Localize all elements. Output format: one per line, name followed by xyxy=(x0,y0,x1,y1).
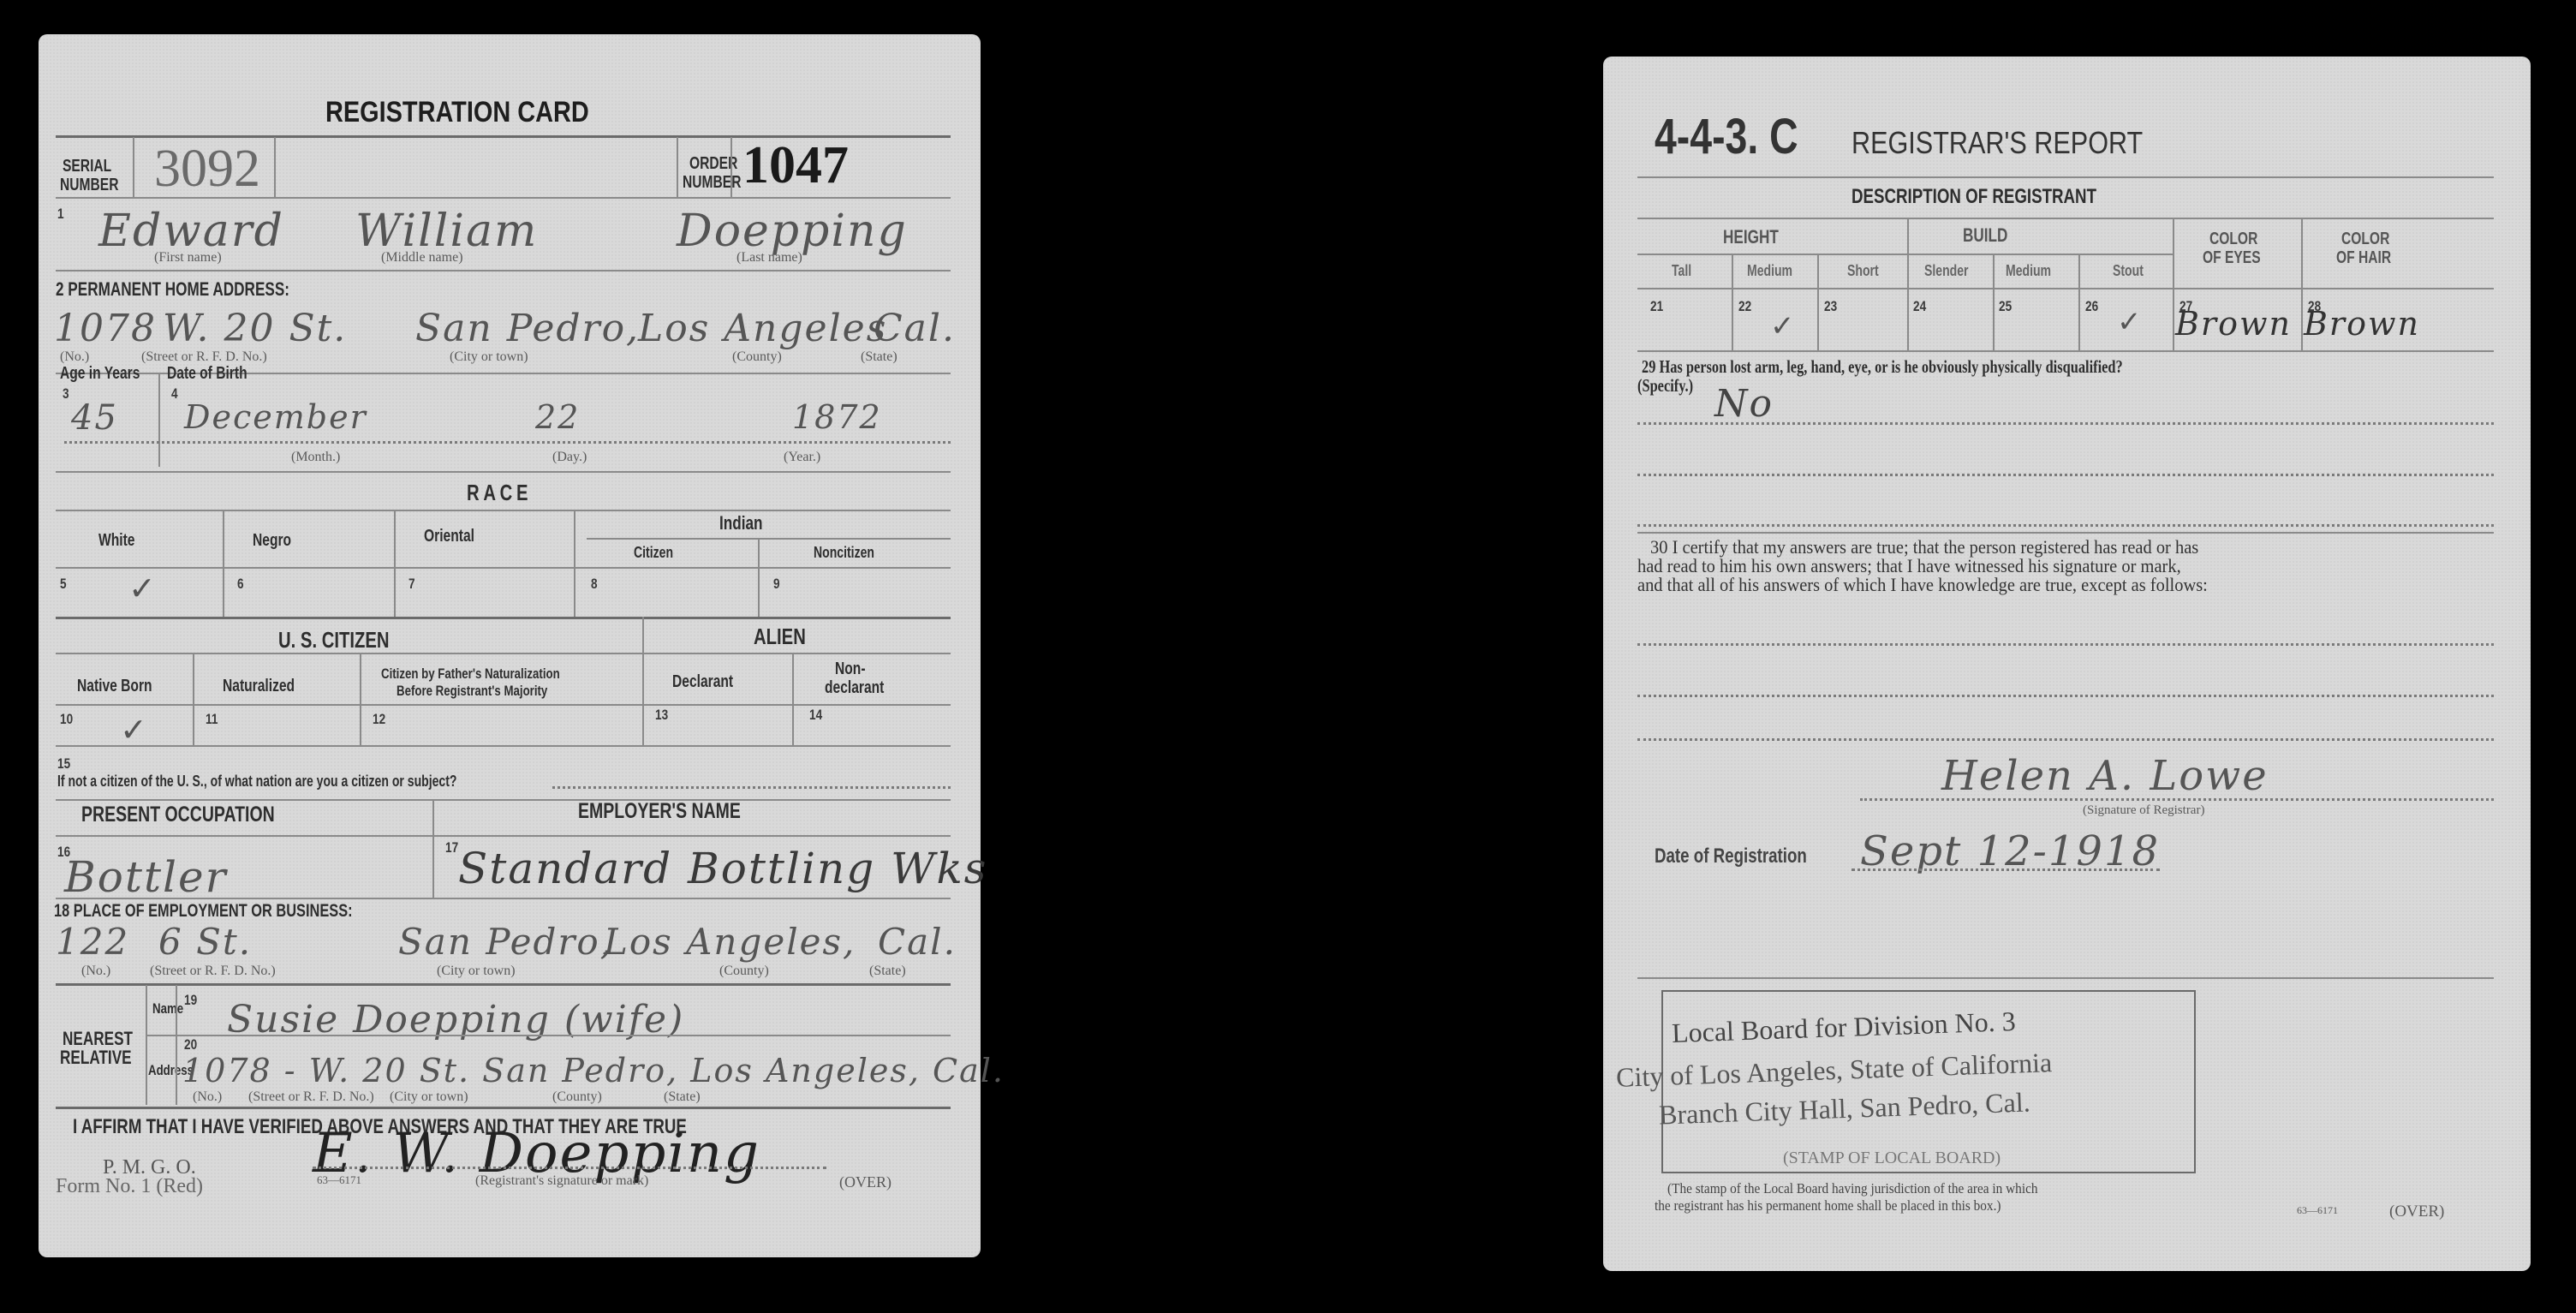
order-number: 1047 xyxy=(742,135,849,196)
divider xyxy=(146,985,147,1105)
divider xyxy=(587,538,951,540)
registration-card-front: REGISTRATION CARD SERIAL NUMBER 3092 ORD… xyxy=(39,34,981,1257)
field-number: 17 xyxy=(445,839,458,856)
divider xyxy=(792,653,794,745)
first-name: Edward xyxy=(98,206,284,257)
checkmark-icon: ✓ xyxy=(1770,309,1797,343)
employment-state: Cal. xyxy=(878,921,957,963)
divider xyxy=(677,137,678,197)
divider xyxy=(56,471,951,473)
divider xyxy=(1637,350,2494,352)
specify-label: (Specify.) xyxy=(1637,375,1693,397)
form-number: Form No. 1 (Red) xyxy=(56,1175,203,1198)
divider xyxy=(2078,254,2080,350)
dotted-line xyxy=(1637,695,2494,697)
field-number: 9 xyxy=(773,576,780,593)
divider xyxy=(56,1107,951,1109)
divider xyxy=(56,704,951,706)
field-number: 25 xyxy=(1999,298,2012,315)
description-heading: DESCRIPTION OF REGISTRANT xyxy=(1851,185,2096,209)
divider xyxy=(2173,218,2174,350)
caption: (Middle name) xyxy=(381,250,463,266)
dotted-line xyxy=(1637,738,2494,741)
column-stout: Stout xyxy=(2113,262,2144,280)
divider xyxy=(574,510,575,617)
dotted-line xyxy=(1637,474,2494,476)
field-number: 10 xyxy=(60,711,73,728)
caption: (Day.) xyxy=(552,450,587,465)
dotted-line xyxy=(1851,868,2160,871)
caption: (State) xyxy=(869,964,906,979)
field-number: 24 xyxy=(1913,298,1926,315)
race-oriental-label: Oriental xyxy=(424,527,474,546)
column-slender: Slender xyxy=(1924,262,1969,280)
divider xyxy=(1637,218,2494,219)
address-label: 2 PERMANENT HOME ADDRESS: xyxy=(56,278,289,301)
caption: (State) xyxy=(861,349,897,365)
address-state: Cal. xyxy=(874,307,956,350)
dotted-line xyxy=(313,1167,826,1169)
checkmark-icon: ✓ xyxy=(128,570,158,607)
race-noncitizen-label: Noncitizen xyxy=(814,544,874,562)
divider xyxy=(56,567,951,569)
divider xyxy=(1817,254,1819,350)
field-number: 19 xyxy=(184,992,197,1009)
print-code: 63—6171 xyxy=(317,1173,361,1187)
dob-day: 22 xyxy=(535,398,580,436)
divider xyxy=(394,510,396,617)
hair-heading: COLOR xyxy=(2341,230,2389,249)
nationality-question: If not a citizen of the U. S., of what n… xyxy=(57,773,456,791)
hair-color-value: Brown xyxy=(2304,305,2420,343)
field-number: 3 xyxy=(63,385,69,403)
eyes-heading: COLOR xyxy=(2209,230,2257,249)
race-citizen-label: Citizen xyxy=(634,544,673,562)
employment-street: 6 St. xyxy=(158,921,252,963)
race-white-label: White xyxy=(98,531,134,551)
dotted-line xyxy=(1860,798,2494,801)
divider xyxy=(1732,254,1733,350)
stamp-caption: (STAMP OF LOCAL BOARD) xyxy=(1783,1149,2001,1168)
field-number: 4 xyxy=(171,385,178,403)
divider xyxy=(1993,254,1995,350)
divider xyxy=(146,1035,951,1036)
question-30: and that all of his answers of which I h… xyxy=(1637,574,2208,596)
nondeclarant-label: Non- xyxy=(835,659,866,679)
employment-no: 122 xyxy=(56,921,129,963)
field-number: 8 xyxy=(591,576,598,593)
field-number: 23 xyxy=(1824,298,1837,315)
divider xyxy=(1637,532,2494,534)
last-name: Doepping xyxy=(677,206,908,257)
caption: (Last name) xyxy=(736,250,802,266)
occupation-value: Bottler xyxy=(64,852,228,902)
caption: (City or town) xyxy=(450,349,528,365)
divider xyxy=(642,617,644,745)
address-street: W. 20 St. xyxy=(163,307,347,350)
field-number: 26 xyxy=(2085,298,2098,315)
race-indian-label: Indian xyxy=(719,512,763,534)
registrar-signature: Helen A. Lowe xyxy=(1941,752,2269,800)
native-born-label: Native Born xyxy=(77,677,152,696)
age-label: Age in Years xyxy=(60,364,140,384)
divider xyxy=(56,799,951,801)
naturalized-label: Naturalized xyxy=(223,677,295,696)
address-no: 1078 xyxy=(54,307,157,350)
caption: (No.) xyxy=(60,349,89,365)
caption: (Street or R. F. D. No.) xyxy=(141,349,267,365)
occupation-heading: PRESENT OCCUPATION xyxy=(81,803,275,827)
build-heading: BUILD xyxy=(1963,224,2007,247)
dotted-line xyxy=(1637,422,2494,425)
stamp-note: the registrant has his permanent home sh… xyxy=(1655,1197,2001,1215)
employment-city: San Pedro, xyxy=(398,921,613,963)
divider xyxy=(2301,218,2303,350)
serial-number: 3092 xyxy=(154,139,260,200)
race-negro-label: Negro xyxy=(253,531,291,551)
divider xyxy=(193,653,194,745)
caption: (Street or R. F. D. No.) xyxy=(248,1089,374,1105)
employment-county: Los Angeles, xyxy=(604,921,856,963)
dotted-line xyxy=(64,441,951,444)
question-29: 29 Has person lost arm, leg, hand, eye, … xyxy=(1642,356,2123,378)
field-number: 20 xyxy=(184,1036,197,1053)
checkmark-icon: ✓ xyxy=(120,711,149,749)
alien-heading: ALIEN xyxy=(754,624,806,650)
column-tall: Tall xyxy=(1672,262,1691,280)
card-title: REGISTRATION CARD xyxy=(325,96,589,129)
fathers-naturalization-label: Before Registrant's Majority xyxy=(397,683,547,700)
caption: (No.) xyxy=(193,1089,222,1105)
caption: (First name) xyxy=(154,250,222,266)
field-number: 1 xyxy=(57,206,64,223)
caption: (Month.) xyxy=(291,450,340,465)
divider xyxy=(1637,254,2173,255)
dob-month: December xyxy=(184,398,367,436)
field-number: 21 xyxy=(1650,298,1663,315)
over-label: (OVER) xyxy=(2389,1203,2444,1221)
caption: (City or town) xyxy=(437,964,516,979)
caption: (Street or R. F. D. No.) xyxy=(150,964,276,979)
divider xyxy=(56,653,951,654)
column-medium-height: Medium xyxy=(1747,262,1792,280)
registrars-report-back: 4-4-3. C REGISTRAR'S REPORT DESCRIPTION … xyxy=(1603,57,2531,1271)
caption: (Signature of Registrar) xyxy=(2083,803,2204,818)
print-code: 63—6171 xyxy=(2297,1204,2338,1217)
divider xyxy=(56,617,951,619)
caption: (Year.) xyxy=(784,450,820,465)
stamp-note: (The stamp of the Local Board having jur… xyxy=(1667,1180,2038,1197)
divider xyxy=(360,653,361,745)
employment-label: 18 PLACE OF EMPLOYMENT OR BUSINESS: xyxy=(54,901,353,922)
serial-label: SERIAL xyxy=(63,157,111,176)
us-citizen-heading: U. S. CITIZEN xyxy=(278,627,390,654)
field-number: 6 xyxy=(237,576,244,593)
field-number: 13 xyxy=(655,707,668,724)
eye-color-value: Brown xyxy=(2175,305,2292,343)
caption: (County) xyxy=(552,1089,602,1105)
field-number: 14 xyxy=(809,707,822,724)
divider xyxy=(56,510,951,511)
divider xyxy=(1907,218,1909,350)
divider xyxy=(56,898,951,899)
eyes-heading: OF EYES xyxy=(2203,248,2261,268)
divider xyxy=(56,983,951,986)
caption: (Registrant's signature or mark) xyxy=(475,1173,648,1189)
dotted-line xyxy=(1637,643,2494,646)
column-medium-build: Medium xyxy=(2006,262,2051,280)
caption: (City or town) xyxy=(390,1089,468,1105)
question-29-answer: No xyxy=(1714,382,1774,426)
divider xyxy=(758,540,760,617)
checkmark-icon: ✓ xyxy=(2117,305,2144,339)
height-heading: HEIGHT xyxy=(1723,226,1779,248)
caption: (State) xyxy=(664,1089,701,1105)
field-number: 5 xyxy=(60,576,67,593)
employer-value: Standard Bottling Wks xyxy=(458,844,987,893)
nearest-relative-label: RELATIVE xyxy=(60,1047,132,1069)
divider xyxy=(274,137,276,197)
divider xyxy=(56,835,951,837)
caption: (County) xyxy=(719,964,769,979)
divider xyxy=(223,510,224,617)
divider xyxy=(56,197,951,199)
employer-heading: EMPLOYER'S NAME xyxy=(578,799,741,824)
field-number: 15 xyxy=(57,755,70,773)
declarant-label: Declarant xyxy=(672,672,733,692)
divider xyxy=(432,799,434,898)
relative-name-label: Name xyxy=(152,1000,183,1018)
divider xyxy=(56,270,951,272)
dob-year: 1872 xyxy=(792,398,882,436)
dob-label: Date of Birth xyxy=(167,364,247,384)
serial-label: NUMBER xyxy=(60,176,118,195)
address-city: San Pedro, xyxy=(415,307,640,350)
report-title: REGISTRAR'S REPORT xyxy=(1851,125,2143,161)
over-label: (OVER) xyxy=(839,1173,891,1191)
divider xyxy=(730,137,732,197)
age-value: 45 xyxy=(71,398,118,438)
dotted-line xyxy=(552,786,951,789)
field-number: 11 xyxy=(206,711,218,728)
field-number: 12 xyxy=(373,711,385,728)
column-short: Short xyxy=(1847,262,1879,280)
divider xyxy=(158,373,160,467)
caption: (No.) xyxy=(81,964,110,979)
divider xyxy=(176,985,177,1105)
relative-address-value: 1078 - W. 20 St. San Pedro, Los Angeles,… xyxy=(182,1052,1005,1089)
middle-name: William xyxy=(355,206,538,257)
dotted-line xyxy=(1637,524,2494,527)
field-number: 7 xyxy=(408,576,415,593)
divider xyxy=(1637,977,2494,979)
caption: (County) xyxy=(732,349,782,365)
hair-heading: OF HAIR xyxy=(2336,248,2391,268)
fathers-naturalization-label: Citizen by Father's Naturalization xyxy=(381,665,560,683)
race-heading: RACE xyxy=(467,480,532,506)
nondeclarant-label: declarant xyxy=(825,678,884,698)
field-number: 22 xyxy=(1738,298,1751,315)
divider xyxy=(133,137,134,197)
address-county: Los Angeles xyxy=(638,307,887,350)
date-of-registration-label: Date of Registration xyxy=(1655,844,1807,868)
divider xyxy=(1637,288,2494,289)
divider xyxy=(56,745,951,747)
order-label: NUMBER xyxy=(683,173,741,193)
divider xyxy=(1637,176,2494,178)
form-code: 4-4-3. C xyxy=(1655,108,1798,165)
